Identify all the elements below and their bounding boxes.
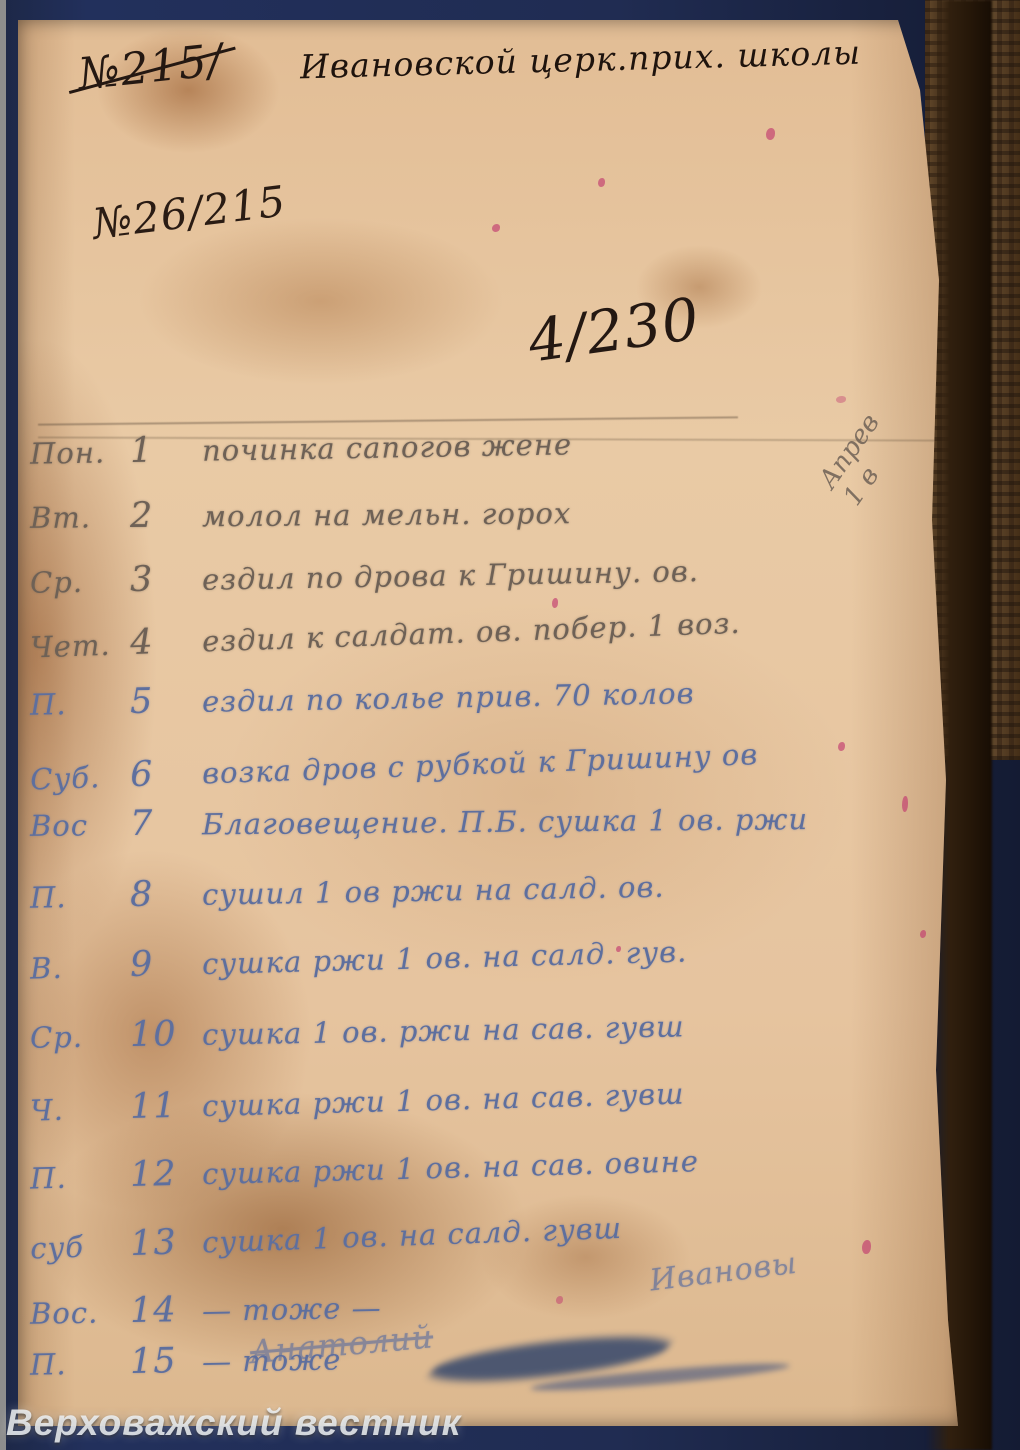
scanned-notebook-page: №215/ Ивановской церк.прих. школы №26/21…: [0, 0, 1020, 1450]
entry-day: П.: [30, 1342, 131, 1386]
entry-number: 5: [130, 680, 203, 723]
entry-text: сушка 1 ов. на салд. гувш: [201, 1207, 622, 1264]
entry-number: 15: [130, 1340, 203, 1383]
entry-day: П.: [30, 1155, 131, 1200]
entry-day: Ср.: [30, 560, 131, 604]
entry-day: Пон.: [30, 431, 131, 475]
diary-entry: Вос. 14 — тоже — Ивановы: [30, 1276, 923, 1335]
entry-number: 3: [130, 558, 203, 601]
entry-day: Чет.: [30, 623, 131, 668]
newspaper-watermark: Верховажский вестник: [6, 1402, 461, 1444]
entry-text: возка дров с рубкой к Гришину ов: [201, 733, 758, 794]
diary-entry: Суб. 6 возка дров с рубкой к Гришину ов: [30, 726, 923, 800]
entry-day: П.: [30, 682, 131, 726]
entry-text: ездил по колье прив. 70 колов: [202, 672, 695, 723]
entry-number: 4: [129, 620, 202, 664]
entry-day: Ч.: [30, 1087, 131, 1132]
entry-day: Вос: [30, 804, 130, 847]
entry-day: Ср.: [30, 1015, 131, 1059]
entry-text: молол на мельн. горох: [202, 492, 572, 537]
entry-text: сушка ржи 1 ов. на сав. овине: [202, 1140, 700, 1195]
entry-number: 12: [130, 1152, 203, 1196]
entry-number: 9: [130, 942, 203, 986]
entry-number: 14: [130, 1289, 203, 1332]
diary-entry: П. 12 сушка ржи 1 ов. на сав. овине: [30, 1133, 923, 1199]
diary-entries-list: Пон. 1 починка сапогов жене Вт. 2 молол …: [30, 424, 922, 1378]
diary-entry: Ср. 10 сушка 1 ов. ржи на сав. гувш: [30, 1000, 923, 1059]
diary-entry: В. 9 сушка ржи 1 ов. на салд. гув.: [30, 923, 923, 989]
entry-text: ездил к салдат. ов. побер. 1 воз.: [201, 602, 741, 663]
entry-day: суб: [30, 1224, 131, 1269]
entry-text: ездил по дрова к Гришину. ов.: [202, 550, 700, 601]
diary-entry: Вос 7 Благовещение. П.Б. сушка 1 ов. ржи: [30, 796, 922, 847]
signature: Ивановы: [647, 1243, 799, 1303]
entry-day: Суб.: [30, 755, 131, 800]
entry-number: 2: [130, 494, 202, 537]
entry-number: 7: [130, 802, 202, 845]
entry-day: П.: [30, 875, 131, 919]
diary-entry: Ср. 3 ездил по дрова к Гришину. ов.: [30, 545, 923, 604]
entry-number: 11: [130, 1084, 203, 1128]
diary-entry: П. 5 ездил по колье прив. 70 колов: [30, 667, 923, 726]
entry-number: 1: [130, 429, 203, 472]
diary-entry: П. 8 сушил 1 ов ржи на салд. ов.: [30, 860, 923, 919]
diary-entry: Пон. 1 починка сапогов жене: [30, 416, 923, 475]
diary-entry: Чет. 4 ездил к салдат. ов. побер. 1 воз.: [30, 594, 923, 668]
diary-entry: Вт. 2 молол на мельн. горох: [30, 488, 922, 539]
entry-text: починка сапогов жене: [202, 423, 573, 471]
entry-number: 13: [129, 1221, 202, 1265]
entry-number: 10: [130, 1013, 203, 1056]
entry-day: Вос.: [30, 1291, 131, 1335]
entry-text: сушка 1 ов. ржи на сав. гувш: [202, 1005, 685, 1055]
entry-day: Вт.: [30, 496, 130, 539]
entry-number: 6: [129, 752, 202, 796]
entry-text: сушил 1 ов ржи на салд. ов.: [202, 866, 665, 916]
entry-text: сушка ржи 1 ов. на сав. гувш: [202, 1073, 685, 1128]
entry-day: В.: [30, 945, 131, 990]
entry-text: Благовещение. П.Б. сушка 1 ов. ржи: [202, 798, 808, 845]
entry-number: 8: [130, 873, 203, 916]
entry-text: сушка ржи 1 ов. на салд. гув.: [202, 930, 688, 985]
diary-entry: Ч. 11 сушка ржи 1 ов. на сав. гувш: [30, 1065, 923, 1131]
